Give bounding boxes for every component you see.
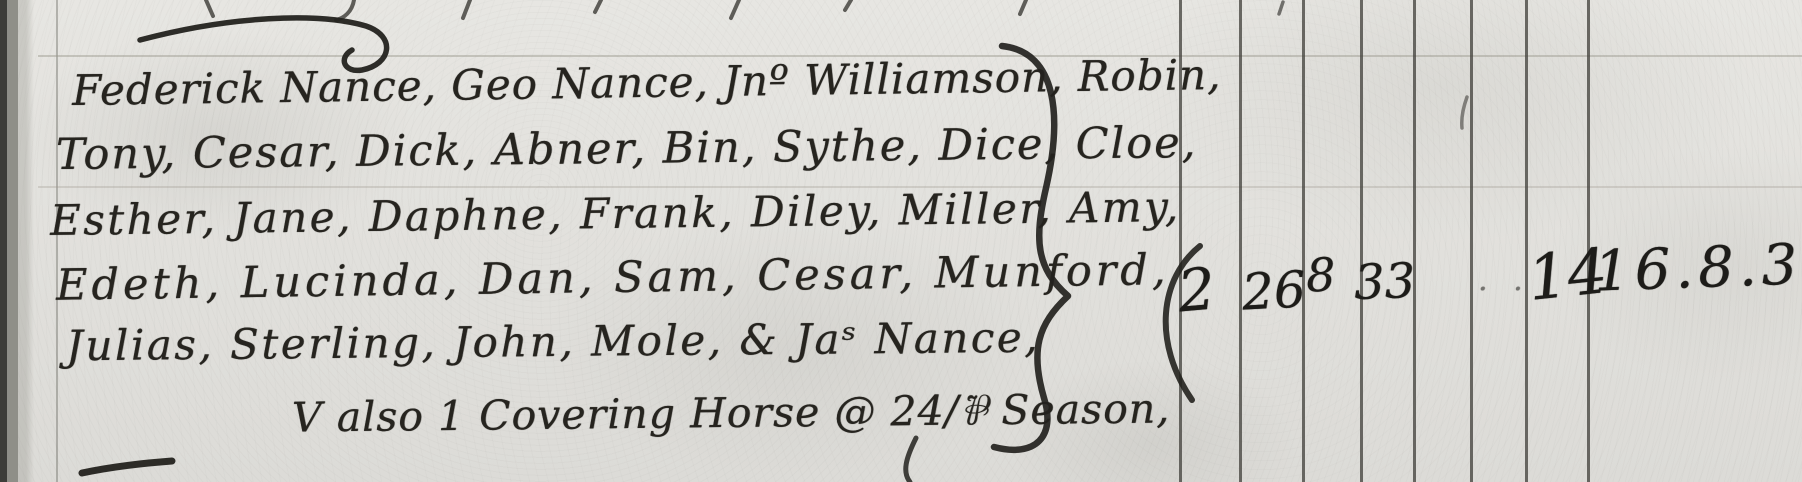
cutoff-stroke bbox=[1462, 97, 1467, 128]
ledger-page: Federick Nance, Geo Nance, Jnº Williamso… bbox=[0, 0, 1802, 482]
closing-brace-icon bbox=[994, 46, 1068, 450]
dash-flourish-icon bbox=[140, 18, 387, 70]
pen-marks-overlay bbox=[0, 0, 1802, 482]
cutoff-stroke bbox=[1020, 0, 1026, 14]
cutoff-stroke bbox=[463, 0, 470, 18]
cutoff-stroke bbox=[336, 0, 354, 20]
cutoff-stroke bbox=[906, 438, 916, 482]
cutoff-stroke bbox=[206, 0, 213, 16]
dash-icon bbox=[82, 461, 172, 473]
opening-paren-icon bbox=[1166, 246, 1200, 400]
cutoff-stroke bbox=[845, 0, 851, 10]
cutoff-stroke bbox=[595, 0, 601, 12]
cutoff-stroke bbox=[731, 0, 739, 18]
cutoff-stroke bbox=[1279, 2, 1283, 14]
